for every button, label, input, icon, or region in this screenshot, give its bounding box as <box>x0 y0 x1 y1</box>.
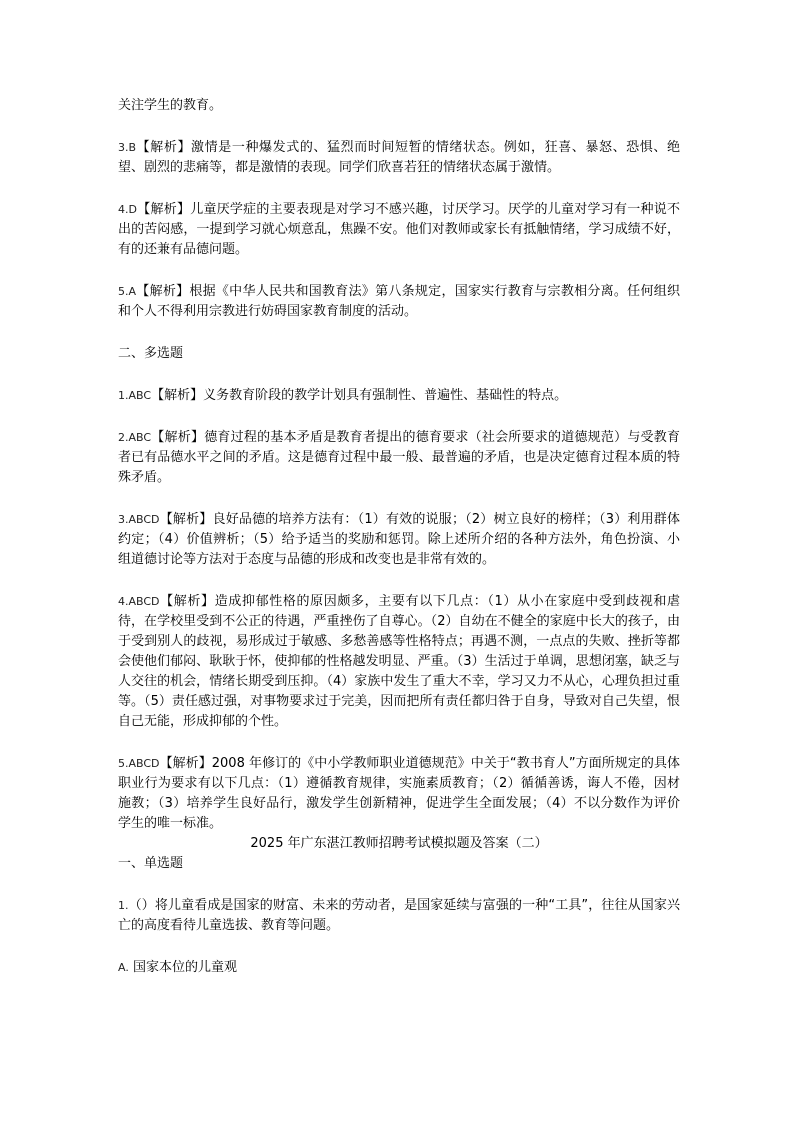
answer-explanation: 4.D【解析】儿童厌学症的主要表现是对学习不感兴趣，讨厌学习。厌学的儿童对学习有… <box>118 200 680 260</box>
analysis-tag: 【解析】 <box>160 594 215 609</box>
answer-key: 4.D <box>118 203 137 216</box>
analysis-tag: 【解析】 <box>151 388 203 403</box>
question-stem: 1.（）将儿童看成是国家的财富、未来的劳动者，是国家延续与富强的一种“工具”，往… <box>118 896 680 936</box>
answer-explanation: 1.ABC【解析】义务教育阶段的教学计划具有强制性、普遍性、基础性的特点。 <box>118 386 680 406</box>
question-number: 1. <box>118 899 129 912</box>
spacer <box>118 570 680 592</box>
spacer <box>118 116 680 138</box>
spacer <box>118 406 680 428</box>
section-heading-multi-choice: 二、多选题 <box>118 344 680 364</box>
explanation-text: 义务教育阶段的教学计划具有强制性、普遍性、基础性的特点。 <box>203 388 567 403</box>
explanation-text: 根据《中华人民共和国教育法》第八条规定，国家实行教育与宗教相分离。任何组织和个人… <box>118 284 680 319</box>
question-option: A. 国家本位的儿童观 <box>118 958 680 978</box>
answer-key: 3.ABCD <box>118 513 160 526</box>
answer-key: 2.ABC <box>118 431 151 444</box>
answer-key: 1.ABC <box>118 389 151 402</box>
analysis-tag: 【解析】 <box>160 512 213 527</box>
spacer <box>118 874 680 896</box>
answer-key: 5.A <box>118 285 136 298</box>
analysis-tag: 【解析】 <box>137 202 190 217</box>
spacer <box>118 260 680 282</box>
exam-title: 2025 年广东湛江教师招聘考试模拟题及答案（二） <box>118 834 680 854</box>
answer-key: 5.ABCD <box>118 757 160 770</box>
analysis-tag: 【解析】 <box>136 140 191 155</box>
continuation-text: 关注学生的教育。 <box>118 96 680 116</box>
answer-key: 3.B <box>118 141 136 154</box>
question-text: （）将儿童看成是国家的财富、未来的劳动者，是国家延续与富强的一种“工具”，往往从… <box>118 898 680 933</box>
explanation-text: 造成抑郁性格的原因颇多，主要有以下几点：（1）从小在家庭中受到歧视和虐待，在学校… <box>118 594 680 729</box>
option-text: 国家本位的儿童观 <box>133 960 237 975</box>
explanation-text: 儿童厌学症的主要表现是对学习不感兴趣，讨厌学习。厌学的儿童对学习有一种说不出的苦… <box>118 202 680 257</box>
answer-explanation: 5.A【解析】根据《中华人民共和国教育法》第八条规定，国家实行教育与宗教相分离。… <box>118 282 680 322</box>
explanation-text: 激情是一种爆发式的、猛烈而时间短暂的情绪状态。例如，狂喜、暴怒、恐惧、绝望、剧烈… <box>118 140 680 175</box>
document-page: 关注学生的教育。 3.B【解析】激情是一种爆发式的、猛烈而时间短暂的情绪状态。例… <box>118 96 680 978</box>
spacer <box>118 936 680 958</box>
analysis-tag: 【解析】 <box>160 756 212 771</box>
answer-explanation: 2.ABC【解析】德育过程的基本矛盾是教育者提出的德育要求（社会所要求的道德规范… <box>118 428 680 488</box>
answer-explanation: 5.ABCD【解析】2008 年修订的《中小学教师职业道德规范》中关于“教书育人… <box>118 754 680 834</box>
spacer <box>118 732 680 754</box>
spacer <box>118 488 680 510</box>
analysis-tag: 【解析】 <box>151 430 204 445</box>
answer-key: 4.ABCD <box>118 595 160 608</box>
answer-explanation: 3.ABCD【解析】良好品德的培养方法有：（1）有效的说服；（2）树立良好的榜样… <box>118 510 680 570</box>
spacer <box>118 322 680 344</box>
analysis-tag: 【解析】 <box>136 284 189 299</box>
answer-explanation: 3.B【解析】激情是一种爆发式的、猛烈而时间短暂的情绪状态。例如，狂喜、暴怒、恐… <box>118 138 680 178</box>
spacer <box>118 364 680 386</box>
answer-explanation: 4.ABCD【解析】造成抑郁性格的原因颇多，主要有以下几点：（1）从小在家庭中受… <box>118 592 680 732</box>
section-heading-single-choice: 一、单选题 <box>118 854 680 874</box>
option-label: A. <box>118 961 129 974</box>
spacer <box>118 178 680 200</box>
